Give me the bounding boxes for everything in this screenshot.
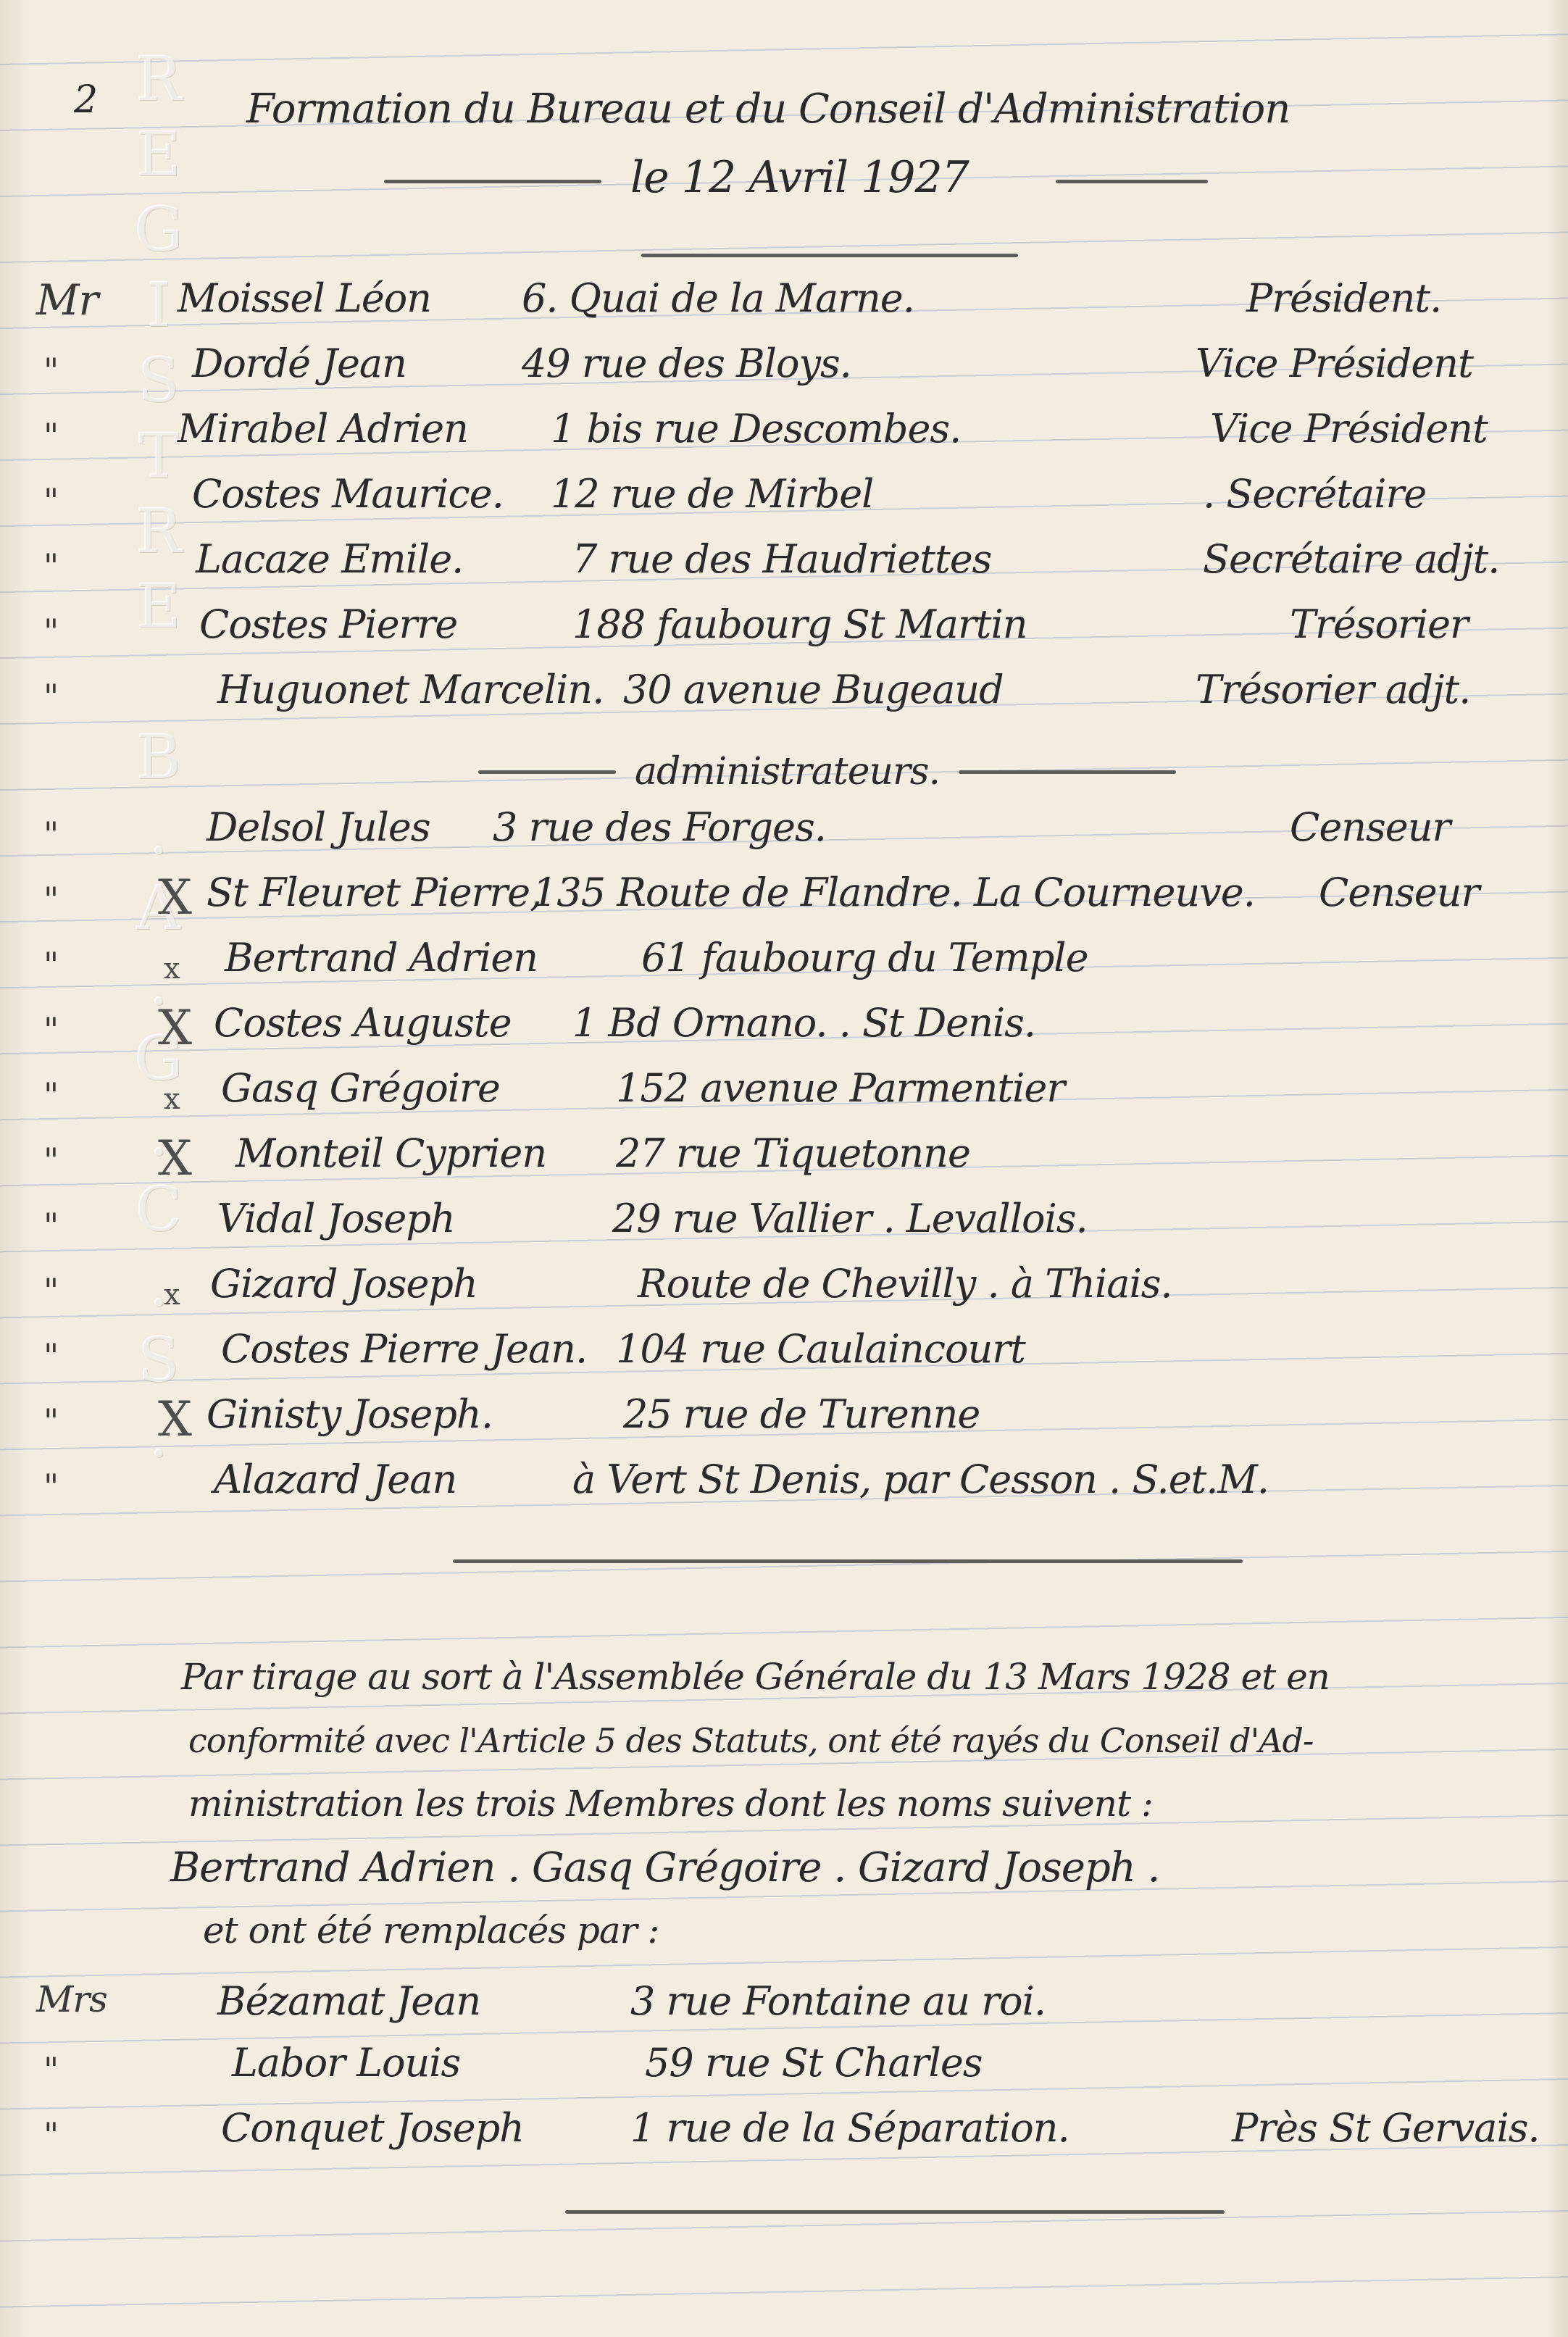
member-name: St Fleuret Pierre, bbox=[207, 870, 541, 915]
member-name: Costes Auguste bbox=[214, 1000, 512, 1046]
administrateur-row: " Alazard Jean à Vert St Denis, par Cess… bbox=[0, 1457, 1568, 1519]
member-name: Moissel Léon bbox=[178, 275, 431, 321]
page-number: 2 bbox=[74, 78, 97, 122]
member-name: Vidal Joseph bbox=[217, 1196, 455, 1241]
member-address: à Vert St Denis, par Cesson . S.et.M. bbox=[572, 1457, 1269, 1502]
ditto-mark: " bbox=[43, 1010, 58, 1049]
administrateur-row: " Delsol Jules 3 rue des Forges. Censeur bbox=[0, 804, 1568, 867]
member-address: 61 faubourg du Temple bbox=[641, 935, 1088, 980]
ditto-mark: " bbox=[43, 2115, 58, 2154]
member-name: Labor Louis bbox=[232, 2040, 460, 2086]
member-address: 188 faubourg St Martin bbox=[572, 601, 1027, 647]
cross-mark: X bbox=[158, 1000, 191, 1056]
ditto-mark: Mr bbox=[36, 275, 98, 325]
member-role: Trésorier bbox=[1290, 601, 1468, 647]
member-role: . Secrétaire bbox=[1203, 471, 1426, 517]
member-address: 49 rue des Bloys. bbox=[522, 341, 851, 386]
page-title: Formation du Bureau et du Conseil d'Admi… bbox=[246, 86, 1420, 133]
ditto-mark: " bbox=[43, 546, 58, 586]
divider bbox=[565, 2210, 1225, 2214]
bureau-row: " Dordé Jean 49 rue des Bloys. Vice Prés… bbox=[0, 341, 1568, 403]
administrateurs-heading: administrateurs. bbox=[616, 750, 959, 793]
ditto-mark: " bbox=[43, 1271, 58, 1310]
administrateur-row: " X Monteil Cyprien 27 rue Tiquetonne bbox=[0, 1130, 1568, 1193]
member-address: 29 rue Vallier . Levallois. bbox=[612, 1196, 1088, 1241]
member-address: 104 rue Caulaincourt bbox=[616, 1326, 1025, 1372]
member-name: Conquet Joseph bbox=[221, 2105, 524, 2151]
member-name: Costes Pierre Jean. bbox=[221, 1326, 587, 1372]
member-address: 12 rue de Mirbel bbox=[551, 471, 873, 517]
administrateur-row: " X Costes Auguste 1 Bd Ornano. . St Den… bbox=[0, 1000, 1568, 1062]
member-role: Censeur bbox=[1319, 870, 1479, 915]
bureau-row: " Lacaze Emile. 7 rue des Haudriettes Se… bbox=[0, 536, 1568, 599]
member-address: 25 rue de Turenne bbox=[623, 1391, 980, 1437]
member-name: Dordé Jean bbox=[192, 341, 406, 386]
note-line: ministration les trois Membres dont les … bbox=[188, 1783, 1153, 1825]
divider bbox=[384, 180, 601, 183]
member-role: Vice Président bbox=[1196, 341, 1473, 386]
member-name: Monteil Cyprien bbox=[235, 1130, 546, 1176]
replacement-row: " Conquet Joseph 1 rue de la Séparation.… bbox=[0, 2105, 1568, 2167]
member-name: Gasq Grégoire bbox=[221, 1065, 500, 1111]
note-line: et ont été remplacés par : bbox=[203, 1909, 659, 1951]
cross-mark: x bbox=[164, 952, 180, 986]
cross-mark: X bbox=[158, 870, 191, 925]
member-address: Route de Chevilly . à Thiais. bbox=[638, 1261, 1172, 1307]
member-address: 30 avenue Bugeaud bbox=[623, 667, 1004, 712]
ditto-mark: " bbox=[43, 880, 58, 919]
member-address: 59 rue St Charles bbox=[645, 2040, 983, 2086]
divider bbox=[641, 254, 1018, 257]
note-line: conformité avec l'Article 5 des Statuts,… bbox=[188, 1721, 1313, 1760]
member-name: Bertrand Adrien bbox=[225, 935, 538, 980]
member-role: Vice Président bbox=[1210, 406, 1488, 451]
member-name: Alazard Jean bbox=[214, 1457, 456, 1502]
ditto-mark: " bbox=[43, 1467, 58, 1506]
section-heading: administrateurs. bbox=[478, 746, 1290, 797]
member-address: 6. Quai de la Marne. bbox=[522, 275, 914, 321]
ledger-page: REGISTRE B.A.G.C.S. 2 Formation du Burea… bbox=[0, 0, 1568, 2337]
divider bbox=[478, 770, 616, 774]
member-address: 27 rue Tiquetonne bbox=[616, 1130, 970, 1176]
ditto-mark: " bbox=[43, 1401, 58, 1441]
ditto-mark: " bbox=[43, 1336, 58, 1375]
administrateur-row: " x Gasq Grégoire 152 avenue Parmentier bbox=[0, 1065, 1568, 1128]
bureau-row: " Costes Pierre 188 faubourg St Martin T… bbox=[0, 601, 1568, 664]
ditto-mark: " bbox=[43, 1075, 58, 1115]
member-name: Bézamat Jean bbox=[217, 1978, 480, 2024]
member-address: 3 rue Fontaine au roi. bbox=[630, 1978, 1046, 2024]
member-role: Censeur bbox=[1290, 804, 1450, 850]
note-line: Par tirage au sort à l'Assemblée Général… bbox=[181, 1656, 1330, 1698]
member-address: 1 bis rue Descombes. bbox=[551, 406, 961, 451]
member-name: Mirabel Adrien bbox=[178, 406, 468, 451]
administrateur-row: " x Gizard Joseph Route de Chevilly . à … bbox=[0, 1261, 1568, 1323]
bureau-row: " Mirabel Adrien 1 bis rue Descombes. Vi… bbox=[0, 406, 1568, 468]
member-name: Costes Maurice. bbox=[192, 471, 504, 517]
cross-mark: x bbox=[164, 1278, 180, 1312]
document-date: le 12 Avril 1927 bbox=[601, 152, 998, 203]
ditto-mark: " bbox=[43, 945, 58, 984]
administrateur-row: " Vidal Joseph 29 rue Vallier . Levalloi… bbox=[0, 1196, 1568, 1258]
member-role: Secrétaire adjt. bbox=[1203, 536, 1499, 582]
ditto-mark: Mrs bbox=[36, 1978, 107, 2020]
member-address: 3 rue des Forges. bbox=[493, 804, 826, 850]
divider bbox=[1056, 180, 1208, 183]
ditto-mark: " bbox=[43, 815, 58, 854]
member-name: Ginisty Joseph. bbox=[207, 1391, 493, 1437]
cross-mark: X bbox=[158, 1391, 191, 1447]
ditto-mark: " bbox=[43, 1206, 58, 1245]
member-address: 7 rue des Haudriettes bbox=[572, 536, 991, 582]
replacement-row: " Labor Louis 59 rue St Charles bbox=[0, 2040, 1568, 2102]
member-address: 1 Bd Ornano. . St Denis. bbox=[572, 1000, 1035, 1046]
ditto-mark: " bbox=[43, 2050, 58, 2089]
date-line: le 12 Avril 1927 bbox=[384, 152, 1326, 210]
member-address: 135 Route de Flandre. La Courneuve. bbox=[533, 870, 1255, 915]
note-removed-names: Bertrand Adrien . Gasq Grégoire . Gizard… bbox=[170, 1844, 1159, 1891]
member-name: Costes Pierre bbox=[199, 601, 457, 647]
administrateur-row: " x Bertrand Adrien 61 faubourg du Templ… bbox=[0, 935, 1568, 997]
ditto-mark: " bbox=[43, 612, 58, 651]
divider bbox=[453, 1559, 1243, 1563]
member-role: Trésorier adjt. bbox=[1196, 667, 1470, 712]
replacement-row: Mrs Bézamat Jean 3 rue Fontaine au roi. bbox=[0, 1978, 1568, 2041]
member-name: Lacaze Emile. bbox=[196, 536, 463, 582]
cross-mark: x bbox=[164, 1083, 180, 1116]
bureau-row: Mr Moissel Léon 6. Quai de la Marne. Pré… bbox=[0, 275, 1568, 338]
member-location: Près St Gervais. bbox=[1232, 2105, 1540, 2151]
ditto-mark: " bbox=[43, 351, 58, 390]
administrateur-row: " Costes Pierre Jean. 104 rue Caulaincou… bbox=[0, 1326, 1568, 1388]
administrateur-row: " X Ginisty Joseph. 25 rue de Turenne bbox=[0, 1391, 1568, 1454]
bureau-row: " Huguonet Marcelin. 30 avenue Bugeaud T… bbox=[0, 667, 1568, 729]
ditto-mark: " bbox=[43, 481, 58, 520]
ditto-mark: " bbox=[43, 677, 58, 716]
ditto-mark: " bbox=[43, 416, 58, 455]
ditto-mark: " bbox=[43, 1141, 58, 1180]
administrateur-row: " X St Fleuret Pierre, 135 Route de Flan… bbox=[0, 870, 1568, 932]
member-address: 1 rue de la Séparation. bbox=[630, 2105, 1069, 2151]
divider bbox=[959, 770, 1176, 774]
cross-mark: X bbox=[158, 1130, 191, 1186]
bureau-row: " Costes Maurice. 12 rue de Mirbel . Sec… bbox=[0, 471, 1568, 533]
member-role: Président. bbox=[1246, 275, 1441, 321]
member-name: Huguonet Marcelin. bbox=[217, 667, 604, 712]
member-name: Gizard Joseph bbox=[210, 1261, 478, 1307]
member-name: Delsol Jules bbox=[207, 804, 430, 850]
member-address: 152 avenue Parmentier bbox=[616, 1065, 1064, 1111]
